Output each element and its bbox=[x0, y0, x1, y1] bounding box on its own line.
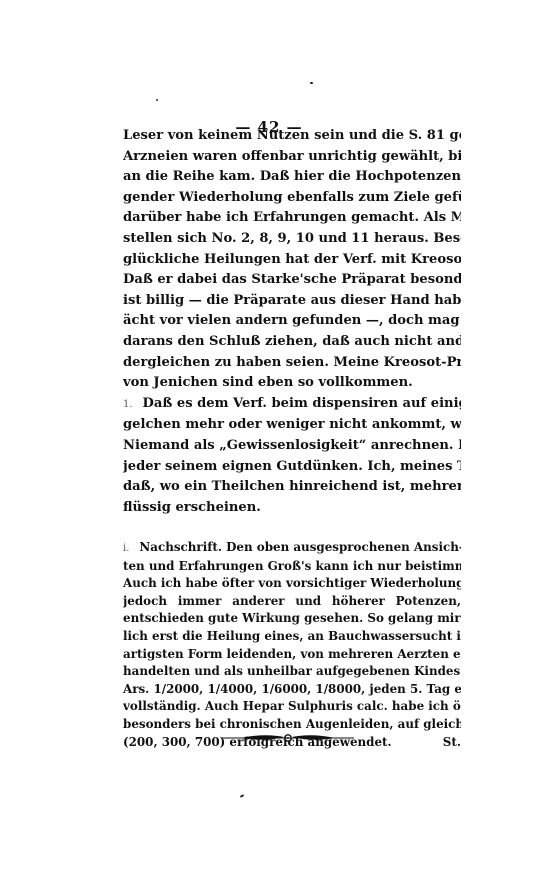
print-speck bbox=[156, 99, 158, 101]
signature: St. bbox=[443, 734, 461, 752]
nachschrift-block: i.Nachschrift. Den oben ausgesprochenen … bbox=[123, 539, 461, 751]
text-line: Auch ich habe öfter von vorsichtiger Wie… bbox=[123, 575, 461, 593]
text-line: glückliche Heilungen hat der Verf. mit K… bbox=[123, 250, 461, 271]
text-line: entschieden gute Wirkung gesehen. So gel… bbox=[123, 610, 461, 628]
main-text-block: Leser von keinem Nutzen sein und die S. … bbox=[123, 126, 461, 518]
text-line: Ars. 1/2000, 1/4000, 1/6000, 1/8000, jed… bbox=[123, 681, 461, 699]
print-speck bbox=[240, 794, 244, 798]
text-line: flüssig erscheinen. bbox=[123, 498, 461, 519]
text-line-content: Daß es dem Verf. beim dispensiren auf ei… bbox=[143, 396, 461, 411]
text-line: gender Wiederholung ebenfalls zum Ziele … bbox=[123, 188, 461, 209]
print-speck bbox=[310, 82, 313, 84]
paragraph-marker: i. bbox=[123, 543, 129, 554]
text-line: jeder seinem eignen Gutdünken. Ich, mein… bbox=[123, 457, 461, 478]
text-line: von Jenichen sind eben so vollkommen. bbox=[123, 373, 461, 394]
text-line: daß, wo ein Theilchen hinreichend ist, m… bbox=[123, 477, 461, 498]
text-line: dergleichen zu haben seien. Meine Kreoso… bbox=[123, 353, 461, 374]
text-line: darans den Schluß ziehen, daß auch nicht… bbox=[123, 332, 461, 353]
text-line: artigsten Form leidenden, von mehreren A… bbox=[123, 646, 461, 664]
text-line: ächt vor vielen andern gefunden —, doch … bbox=[123, 311, 461, 332]
text-line: an die Reihe kam. Daß hier die Hochpoten… bbox=[123, 167, 461, 188]
text-line: stellen sich No. 2, 8, 9, 10 und 11 hera… bbox=[123, 229, 461, 250]
text-line: ist billig — die Präparate aus dieser Ha… bbox=[123, 291, 461, 312]
text-line: Leser von keinem Nutzen sein und die S. … bbox=[123, 126, 461, 147]
text-line: Niemand als „Gewissenlosigkeit“ anrechne… bbox=[123, 436, 461, 457]
text-line-content: Nachschrift. Den oben ausgesprochenen An… bbox=[139, 540, 461, 554]
text-line: lich erst die Heilung eines, an Bauchwas… bbox=[123, 628, 461, 646]
text-line: ten und Erfahrungen Groß's kann ich nur … bbox=[123, 558, 461, 576]
text-line: vollständig. Auch Hepar Sulphuris calc. … bbox=[123, 698, 461, 716]
text-line: darüber habe ich Erfahrungen gemacht. Al… bbox=[123, 208, 461, 229]
text-line: Arzneien waren offenbar unrichtig gewähl… bbox=[123, 147, 461, 168]
decorative-rule-ornament-icon bbox=[220, 730, 356, 746]
paragraph-marker: 1. bbox=[123, 399, 133, 410]
text-line: handelten und als unheilbar aufgegebenen… bbox=[123, 663, 461, 681]
nachschrift-heading-line: i.Nachschrift. Den oben ausgesprochenen … bbox=[123, 539, 461, 558]
text-line-paragraph-start: 1.Daß es dem Verf. beim dispensiren auf … bbox=[123, 394, 461, 416]
text-line: gelchen mehr oder weniger nicht ankommt,… bbox=[123, 415, 461, 436]
text-line: jedoch immer anderer und höherer Potenze… bbox=[123, 593, 461, 611]
text-line: Daß er dabei das Starke'sche Präparat be… bbox=[123, 270, 461, 291]
